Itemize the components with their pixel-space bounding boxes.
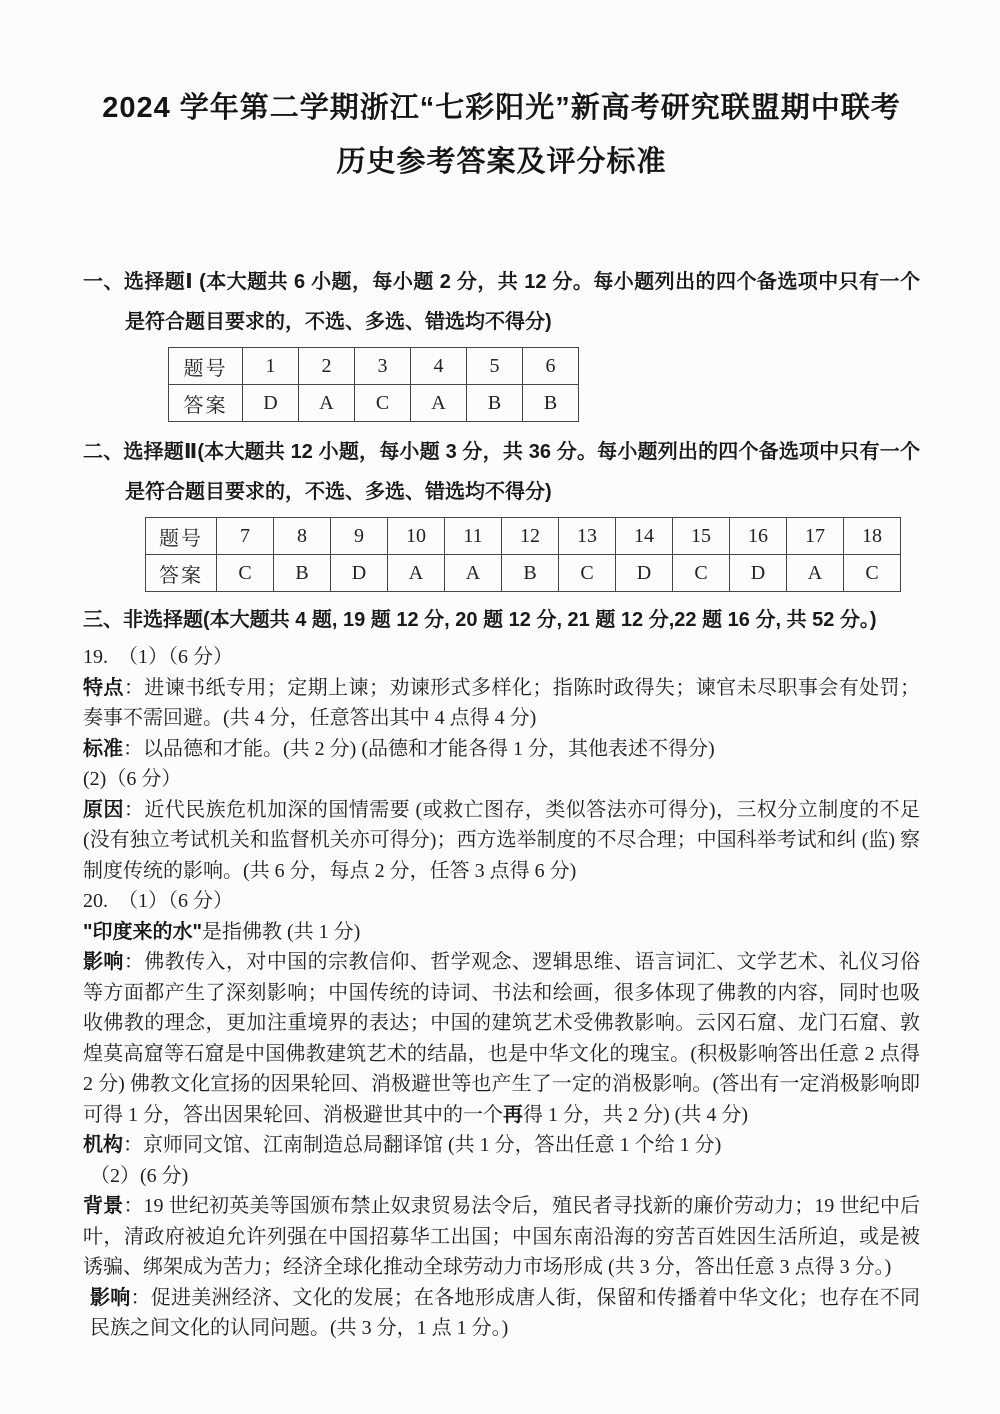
q20-influence2-paragraph: 影响：促进美洲经济、文化的发展；在各地形成唐人街，保留和传播着中华文化；也存在不… (83, 1283, 920, 1344)
table-cell: A (388, 555, 445, 592)
table-cell: A (445, 555, 502, 592)
influence2-label: 影响 (90, 1287, 131, 1309)
table-cell: 18 (844, 518, 901, 555)
row-header-number: 题号 (169, 348, 243, 385)
q20-intro-line: "印度来的水"是指佛教 (共 1 分) (83, 917, 920, 948)
table-cell: D (616, 555, 673, 592)
table-cell: D (243, 385, 299, 422)
section1-heading: 一、选择题Ⅰ (本大题共 6 小题，每小题 2 分，共 12 分。每小题列出的四… (83, 262, 920, 342)
table-cell: 5 (467, 348, 523, 385)
influence-text-a: ：佛教传入，对中国的宗教信仰、哲学观念、逻辑思维、语言词汇、文学艺术、礼仪习俗等… (83, 951, 920, 1126)
table-cell: B (523, 385, 579, 422)
reasons-text: ：近代民族危机加深的国情需要 (或救亡图存，类似答法亦可得分)，三权分立制度的不… (83, 799, 920, 882)
table-cell: 4 (411, 348, 467, 385)
background-text: ：19 世纪初英美等国颁布禁止奴隶贸易法令后，殖民者寻找新的廉价劳动力；19 世… (83, 1195, 920, 1278)
section2-heading: 二、选择题Ⅱ(本大题共 12 小题，每小题 3 分，共 36 分。每小题列出的四… (83, 432, 920, 512)
intro-text: 是指佛教 (共 1 分) (202, 921, 360, 943)
q20-institutions-paragraph: 机构：京师同文馆、江南制造总局翻译馆 (共 1 分，答出任意 1 个给 1 分) (83, 1130, 920, 1161)
table-cell: 10 (388, 518, 445, 555)
influence2-text: ：促进美洲经济、文化的发展；在各地形成唐人街，保留和传播着中华文化；也存在不同民… (90, 1287, 920, 1340)
table-cell: B (467, 385, 523, 422)
doc-title-line2: 历史参考答案及评分标准 (83, 142, 920, 182)
q19-part1-line: 19. （1）（6 分） (83, 642, 920, 673)
table-cell: 17 (787, 518, 844, 555)
table-cell: 2 (299, 348, 355, 385)
row-header-answer: 答案 (169, 385, 243, 422)
table-cell: C (355, 385, 411, 422)
influence-text-b: 得 1 分，共 2 分) (共 4 分) (523, 1104, 748, 1126)
table-cell: B (502, 555, 559, 592)
q19-reasons-paragraph: 原因：近代民族危机加深的国情需要 (或救亡图存，类似答法亦可得分)，三权分立制度… (83, 795, 920, 887)
table-row-numbers: 题号 1 2 3 4 5 6 (169, 348, 579, 385)
answer-table-1: 题号 1 2 3 4 5 6 答案 D A C A B B (168, 347, 579, 422)
institutions-label: 机构 (83, 1134, 123, 1156)
table-cell: 12 (502, 518, 559, 555)
table-row-answers: 答案 D A C A B B (169, 385, 579, 422)
table-row-answers: 答案 C B D A A B C D C D A C (146, 555, 901, 592)
table-row-numbers: 题号 7 8 9 10 11 12 13 14 15 16 17 18 (146, 518, 901, 555)
table-cell: D (730, 555, 787, 592)
document-page: 2024 学年第二学期浙江“七彩阳光”新高考研究联盟期中联考 历史参考答案及评分… (0, 0, 1000, 1414)
q20-influence-paragraph: 影响：佛教传入，对中国的宗教信仰、哲学观念、逻辑思维、语言词汇、文学艺术、礼仪习… (83, 947, 920, 1130)
q20-background-paragraph: 背景：19 世纪初英美等国颁布禁止奴隶贸易法令后，殖民者寻找新的廉价劳动力；19… (83, 1191, 920, 1283)
section3-heading: 三、非选择题(本大题共 4 题, 19 题 12 分, 20 题 12 分, 2… (83, 600, 920, 640)
table-cell: C (673, 555, 730, 592)
features-label: 特点 (83, 677, 124, 699)
table-cell: 13 (559, 518, 616, 555)
standard-text: ：以品德和才能。(共 2 分) (品德和才能各得 1 分，其他表述不得分) (123, 738, 715, 760)
q19-features-paragraph: 特点：进谏书纸专用；定期上谏；劝谏形式多样化；指陈时政得失；谏官未尽职事会有处罚… (83, 673, 920, 734)
row-header-answer: 答案 (146, 555, 217, 592)
intro-bold-phrase: "印度来的水" (83, 921, 202, 943)
table-cell: 1 (243, 348, 299, 385)
row-header-number: 题号 (146, 518, 217, 555)
reasons-label: 原因 (83, 799, 124, 821)
institutions-text: ：京师同文馆、江南制造总局翻译馆 (共 1 分，答出任意 1 个给 1 分) (123, 1134, 721, 1156)
table-cell: 6 (523, 348, 579, 385)
background-label: 背景 (83, 1195, 123, 1217)
q20-part1-line: 20. （1）（6 分） (83, 886, 920, 917)
q20-part2-line: （2）(6 分) (83, 1161, 920, 1192)
table-cell: 9 (331, 518, 388, 555)
table-cell: A (299, 385, 355, 422)
table-cell: 15 (673, 518, 730, 555)
table-cell: C (844, 555, 901, 592)
influence-label: 影响 (83, 951, 124, 973)
table-cell: A (411, 385, 467, 422)
table-cell: B (274, 555, 331, 592)
influence-bold-word: 再 (503, 1104, 523, 1126)
table-cell: A (787, 555, 844, 592)
table-cell: 11 (445, 518, 502, 555)
table-cell: C (217, 555, 274, 592)
standard-label: 标准 (83, 738, 123, 760)
table-cell: 7 (217, 518, 274, 555)
features-text: ：进谏书纸专用；定期上谏；劝谏形式多样化；指陈时政得失；谏官未尽职事会有处罚；奏… (83, 677, 920, 730)
table-cell: 14 (616, 518, 673, 555)
q19-part2-line: (2)（6 分） (83, 764, 920, 795)
table-cell: D (331, 555, 388, 592)
table-cell: 3 (355, 348, 411, 385)
table-cell: 8 (274, 518, 331, 555)
doc-title-line1: 2024 学年第二学期浙江“七彩阳光”新高考研究联盟期中联考 (83, 88, 920, 128)
table-cell: C (559, 555, 616, 592)
table-cell: 16 (730, 518, 787, 555)
answer-table-2: 题号 7 8 9 10 11 12 13 14 15 16 17 18 答案 C… (145, 517, 901, 592)
q19-standard-paragraph: 标准：以品德和才能。(共 2 分) (品德和才能各得 1 分，其他表述不得分) (83, 734, 920, 765)
